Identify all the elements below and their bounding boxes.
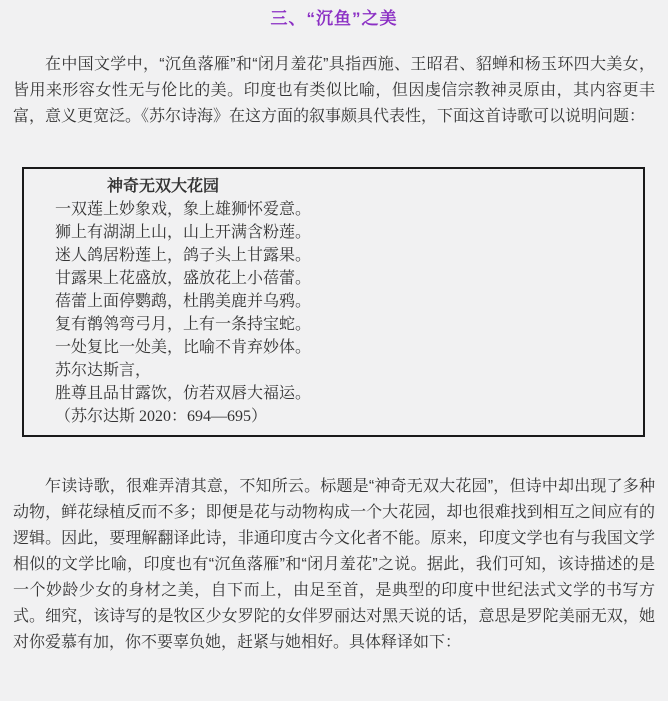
poem-title: 神奇无双大花园: [107, 175, 625, 198]
poem-line: 狮上有湖湖上山，山上开满含粉莲。: [55, 221, 625, 244]
poem-citation: （苏尔达斯 2020：694—695）: [55, 405, 625, 428]
intro-paragraph: 在中国文学中，“沉鱼落雁”和“闭月羞花”具指西施、王昭君、貂蝉和杨玉环四大美女，…: [13, 52, 655, 130]
section-heading: 三、“沉鱼”之美: [0, 0, 668, 30]
analysis-paragraph: 乍读诗歌，很难弄清其意，不知所云。标题是“神奇无双大花园”，但诗中却出现了多种动…: [13, 474, 655, 656]
poem-line: 甘露果上花盛放，盛放花上小蓓蕾。: [55, 267, 625, 290]
document-page: 三、“沉鱼”之美 在中国文学中，“沉鱼落雁”和“闭月羞花”具指西施、王昭君、貂蝉…: [0, 0, 668, 701]
poem-line: 苏尔达斯言，: [55, 359, 625, 382]
poem-box: 神奇无双大花园 一双莲上妙象戏，象上雄狮怀爱意。 狮上有湖湖上山，山上开满含粉莲…: [22, 167, 645, 437]
poem-line: 复有鹡鸰弯弓月，上有一条持宝蛇。: [55, 313, 625, 336]
poem-line: 胜尊且品甘露饮，仿若双唇大福运。: [55, 382, 625, 405]
poem-line: 一双莲上妙象戏，象上雄狮怀爱意。: [55, 198, 625, 221]
poem-line: 一处复比一处美，比喻不肯弃妙体。: [55, 336, 625, 359]
poem-line: 迷人鸽居粉莲上，鸽子头上甘露果。: [55, 244, 625, 267]
poem-line: 蓓蕾上面停鹦鹉，杜鹃美鹿并乌鸦。: [55, 290, 625, 313]
